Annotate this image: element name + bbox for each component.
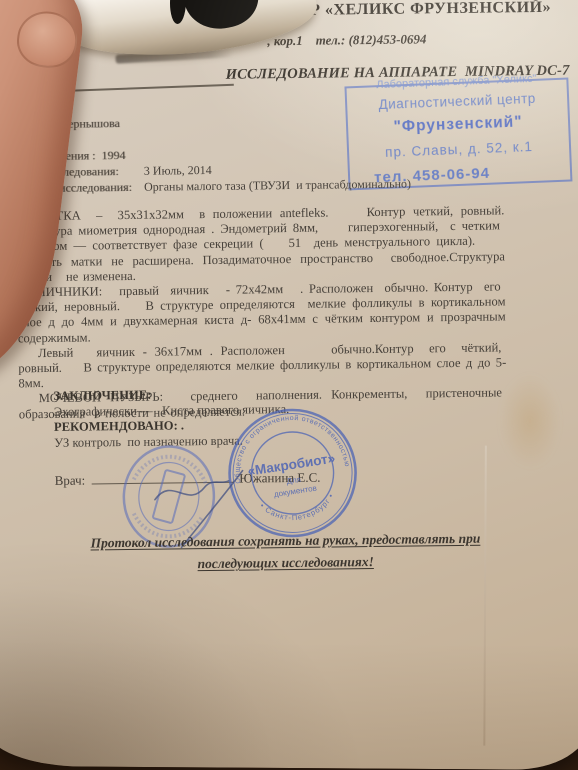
uterus-paragraph: МАТКА – 35х31х32мм в положении antefleks… (16, 203, 505, 285)
document-content: ЕНТР «ХЕЛИКС ФРУНЗЕНСКИЙ» , кор.1 тел.: … (0, 0, 578, 770)
left-ovary-paragraph: Левый яичник - 36х17мм . Расположен обыч… (18, 340, 507, 392)
round-stamp-for: Для (286, 475, 302, 486)
document-paper: ЕНТР «ХЕЛИКС ФРУНЗЕНСКИЙ» , кор.1 тел.: … (0, 0, 578, 770)
exam-object-value: Органы малого таза (ТВУЗИ и трансабдомин… (144, 177, 411, 195)
stamp-line-address: пр. Славы, д. 52, к.1 (349, 138, 569, 162)
clinic-stamp-box: Лабораторная служба "Хеликс" Диагностиче… (344, 77, 572, 190)
paper-stain (498, 373, 561, 470)
footer-note: Протокол исследования сохранять на руках… (35, 527, 536, 577)
doctor-label: Врач: (55, 473, 86, 488)
exam-date-value: 3 Июль, 2014 (144, 163, 212, 179)
stamp-line-frunzensky: "Фрунзенский" (348, 112, 569, 139)
finger-nail (14, 8, 80, 71)
photo-scene: ЕНТР «ХЕЛИКС ФРУНЗЕНСКИЙ» , кор.1 тел.: … (0, 0, 578, 770)
curl-logo-mark (177, 0, 264, 36)
right-ovary-paragraph: ЯИЧНИКИ: правый яичник - 72х42мм . Распо… (17, 279, 506, 346)
birth-year-value: 1994 (101, 148, 125, 162)
paper-crease (483, 446, 487, 746)
stamp-line-diagnostic-center: Диагностический центр (347, 90, 567, 114)
footer-note-line-1: Протокол исследования сохранять на руках… (90, 531, 480, 551)
round-stamp-documents: документов (273, 484, 317, 499)
footer-note-line-2: последующих исследованиях! (197, 554, 373, 571)
clinic-address-phone: , кор.1 тел.: (812)453-0694 (267, 31, 426, 49)
